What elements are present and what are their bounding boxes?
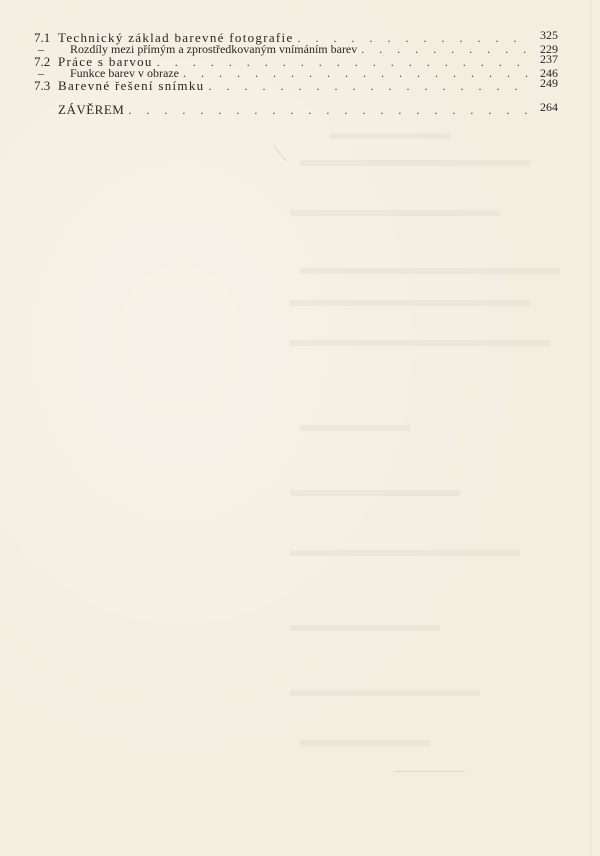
pencil-mark (395, 771, 465, 772)
entry-title: Barevné řešení snímku (58, 78, 204, 94)
page-edge (590, 0, 591, 856)
show-through (300, 160, 530, 166)
show-through (300, 268, 560, 274)
show-through (290, 690, 480, 696)
page-number: 237 (532, 52, 558, 67)
show-through (290, 300, 530, 306)
dot-leader: . . . . . . . . . . . . . . . . . . . . … (128, 103, 530, 118)
show-through (300, 740, 430, 746)
page-number: 325 (532, 28, 558, 43)
section-number: 7.3 (34, 78, 58, 94)
show-through (290, 210, 500, 216)
toc-entry[interactable]: 7.3 Barevné řešení snímku . . . . . . . … (34, 78, 558, 92)
chapter-title: ZÁVĚREM (58, 102, 124, 118)
show-through (290, 490, 460, 496)
toc-entry[interactable]: ZÁVĚREM . . . . . . . . . . . . . . . . … (58, 102, 558, 116)
show-through (290, 625, 440, 631)
page-number: 249 (532, 76, 558, 91)
document-page: 7.1 Technický základ barevné fotografie … (0, 0, 600, 856)
show-through (290, 550, 520, 556)
dot-leader: . . . . . . . . . . . . . . . . . . . . … (208, 79, 530, 94)
show-through (330, 133, 450, 139)
show-through (290, 340, 550, 346)
pencil-mark (273, 146, 287, 162)
show-through (300, 425, 410, 431)
page-number: 264 (532, 100, 558, 115)
